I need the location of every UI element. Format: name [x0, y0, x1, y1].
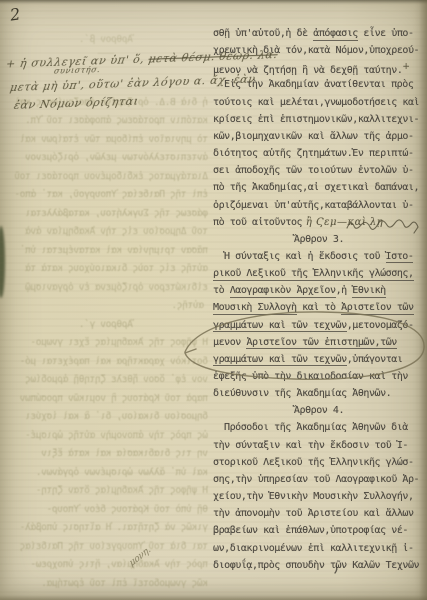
- text-line: ἐφεξῆς ὑπὸ τὴν δικαιοδοσίαν καὶ τὴν: [213, 371, 425, 382]
- bleedthrough-line: δοτικὸν χαρακτῆρα καὶ παρέχεται μό-: [4, 356, 208, 367]
- text-line: τὴν σύνταξιν καὶ τὴν ἔκδοσιν τοῦ Ἱ-: [213, 440, 425, 451]
- text-line: Μουσικὴ Συλλογὴ καὶ τὸ Ἀριστεῖον τῶν: [213, 302, 425, 313]
- text-line: κρίσεις ἐπὶ ἐπιστημονικῶν,καλλιτεχνι-: [213, 114, 425, 125]
- bleedthrough-line: Ἡ ψῆφος τῆς Ἀκαδημίας ἔχει γνωμο-: [4, 337, 208, 348]
- bleedthrough-line: κῶς γνωμοδοτεῖ ἐπὶ τοῦ ἐρωτήμα.: [4, 578, 208, 589]
- article-heading: Ἄρθρον 4.: [213, 405, 427, 416]
- text-line: μενον νὰ ζητήσῃ ἢ νὰ δεχθῇ ταύτην.+: [213, 62, 425, 76]
- article-heading: Ἄρθρον 3.: [213, 234, 427, 245]
- bleedthrough-line: Διατάγματος ἐκδιδομένου προτάσει τοῦ: [4, 171, 208, 182]
- text-line: τὸ Λαογραφικὸν Ἀρχεῖον,ἡ Ἐθνικὴ: [213, 285, 425, 296]
- bleedthrough-line: γικῶς νὰ ζητῆται. Ἡ αἴτησις ὑποβάλ-: [4, 522, 208, 533]
- bleedthrough-line: Ἡ ψῆφος τῆς Ἀκαδημίας ὅταν ζητη-: [4, 485, 208, 496]
- text-line: πὸ τοῦ αἰτοῦντος ἢ Ϛεμ—καὶ λῃ: [213, 217, 425, 228]
- bleedthrough-line: ται διὰ τοῦ Ὑπουργείου τῆς Παιδείας: [4, 541, 208, 552]
- text-line: σθῇ ὑπ'αὐτοῦ,ἡ δὲ ἀπόφασις εἶνε ὑπο-: [213, 28, 425, 39]
- scanned-page: 2 Ἄρθρον β΄.―――ἡ διὰ Β.Δ. ὁριζομένη ἀποζ…: [0, 0, 427, 600]
- bleedthrough-column: Ἄρθρον β΄.―――ἡ διὰ Β.Δ. ὁριζομένη ἀποζημ…: [4, 0, 208, 600]
- bleedthrough-line: καὶ ὑπ᾽ ἄλλων ὡρισμένων ὀργάνων.: [4, 467, 208, 478]
- bleedthrough-line: θῇ ὑπὸ τοῦ Κράτους δέον Ὑπουρ-: [4, 504, 208, 515]
- text-line: πὸ τῆς Ἀκαδημίας,αἱ σχετικαὶ δαπάναι,: [213, 182, 425, 193]
- bleedthrough-line: δημοσίου δικαίου, δι᾽ ἃ καὶ ἰσχύει: [4, 411, 208, 422]
- bleedthrough-line: παρὰ τοῦ Κράτους ἢ νομικῶν προσώπων: [4, 393, 208, 404]
- text-line: χρεωτικὴ διὰ τόν,κατὰ Νόμον,ὑποχρεού-: [213, 45, 425, 56]
- text-line: γραμμάτων καὶ τῶν τεχνῶν,ὑπάγονται: [213, 354, 425, 365]
- bleedthrough-line: πρὸς τὴν Ἀκαδημίαν, ἥτις ὑποχρεω-: [4, 559, 208, 570]
- typewritten-column: σθῇ ὑπ'αὐτοῦ,ἡ δὲ ἀπόφασις εἶνε ὑπο-χρεω…: [213, 0, 427, 600]
- bleedthrough-line: Ἄρθρον γ΄.: [4, 319, 208, 330]
- text-line: διεύθυνσιν τῆς Ἀκαδημίας Ἀθηνῶν.: [213, 388, 425, 399]
- bleedthrough-line: εἰδικώτερον ὁριζόμενα ἐν ὀργανισμῷ: [4, 282, 208, 293]
- bleedthrough-line: νον ἐφ᾽ ὅσον ἤθελε ζητηθῇ ἁρμοδίως: [4, 374, 208, 385]
- bleedthrough-line: τοῦ Δημοσίου εἰς τὴν Ἀκαδημίαν ἀνὰ: [4, 226, 208, 237]
- text-line: σει ἀποδοχῆς τῶν τοιούτων ἐντολῶν ὑ-: [213, 165, 425, 176]
- text-line: τούτοις καὶ μελέται,γνωμοδοτήσεις καὶ: [213, 97, 425, 108]
- bleedthrough-line: Ἄρθρον β΄.: [4, 34, 208, 45]
- text-line: Ἡ σύνταξις καὶ ἡ ἔκδοσις τοῦ Ἱστο-: [213, 251, 427, 262]
- bleedthrough-line: πᾶσαν τριμηνίαν καὶ κατανέμεται ὑπ᾽: [4, 245, 208, 256]
- text-line: ρικοῦ Λεξικοῦ τῆς Ἑλληνικῆς γλώσσης,: [213, 268, 425, 279]
- text-line: διοφυΐᾳ,πρὸς σπουδὴν τῶν Καλῶν Τεχνῶν: [213, 560, 425, 571]
- text-line: μενον Ἀριστεῖον τῶν ἐπιστημῶν,τῶν: [213, 337, 425, 348]
- text-line: κῶν,βιομηχανικῶν καὶ ἄλλων τῆς ἁρμο-: [213, 131, 425, 142]
- bleedthrough-line: αὐτῆς.: [114, 300, 204, 311]
- bleedthrough-line: κατόπιν προτάσεως ἀποφάσει τοῦ Ὑπ.: [4, 115, 208, 126]
- bleedthrough-line: ἐπὶ τῆς Παιδείας Ὑπουργοῦ, κατ᾽ ἀπο-: [4, 189, 208, 200]
- bleedthrough-line: αὐτῆς εἰς τοὺς δικαιούχους κατὰ τὰ: [4, 263, 208, 274]
- bleedthrough-line: ἡ διὰ Β.Δ. ὁριζομένη ἀποζημίωσις καὶ: [4, 97, 208, 108]
- bleedthrough-line: ἀντεπιστελλόντων μελῶν, ὁριζόμενον: [4, 152, 208, 163]
- bleedthrough-line: ὡς πρὸς τὴν ἀπονομὴν αὐτῆς ὡρισμέ-: [4, 430, 208, 441]
- bleedthrough-line: νη τις διαδικασία καὶ κατὰ ἕξιν: [4, 448, 208, 459]
- text-line: ων,διακρινομένων ἐπὶ καλλιτεχνικῇ ἰ-: [213, 543, 425, 554]
- text-line: Εἰς τὴν Ἀκαδημίαν ἀνατίθενται πρὸς: [213, 79, 427, 90]
- text-line: χείου,τὴν Ἐθνικὴν Μουσικὴν Συλλογήν,: [213, 491, 425, 502]
- text-line: ὁριζόμεναι ὑπ'αὐτῆς,καταβάλλονται ὑ-: [213, 200, 425, 211]
- bleedthrough-line: φάσεως τῆς Συγκλήτου, καταβάλλεται: [4, 208, 208, 219]
- text-line: στορικοῦ Λεξικοῦ τῆς Ἑλληνικῆς γλώσ-: [213, 457, 425, 468]
- text-line: σης,τὴν ὑπηρεσίαν τοῦ Λαογραφικοῦ Ἀρ-: [213, 474, 425, 485]
- bleedthrough-line: τὸ μηνιαῖον ἐπίδομα τῶν ἑταίρων καὶ: [4, 134, 208, 145]
- text-line: Πρόσοδοι τῆς Ἀκαδημίας Ἀθηνῶν διὰ: [213, 422, 427, 433]
- text-line: βραβείων καὶ ἐπάθλων,ὑποτροφίας νέ-: [213, 525, 425, 536]
- text-line: γραμμάτων καὶ τῶν τεχνῶν,μετονομαζό-: [213, 320, 425, 331]
- text-line: τὴν ἀπονομὴν τοῦ Ἀριστείου καὶ ἄλλων: [213, 508, 425, 519]
- bleedthrough-line: ―――: [4, 48, 208, 59]
- text-line: διότητος αὐτῆς ζητημάτων.Ἐν περιπτώ-: [213, 148, 425, 159]
